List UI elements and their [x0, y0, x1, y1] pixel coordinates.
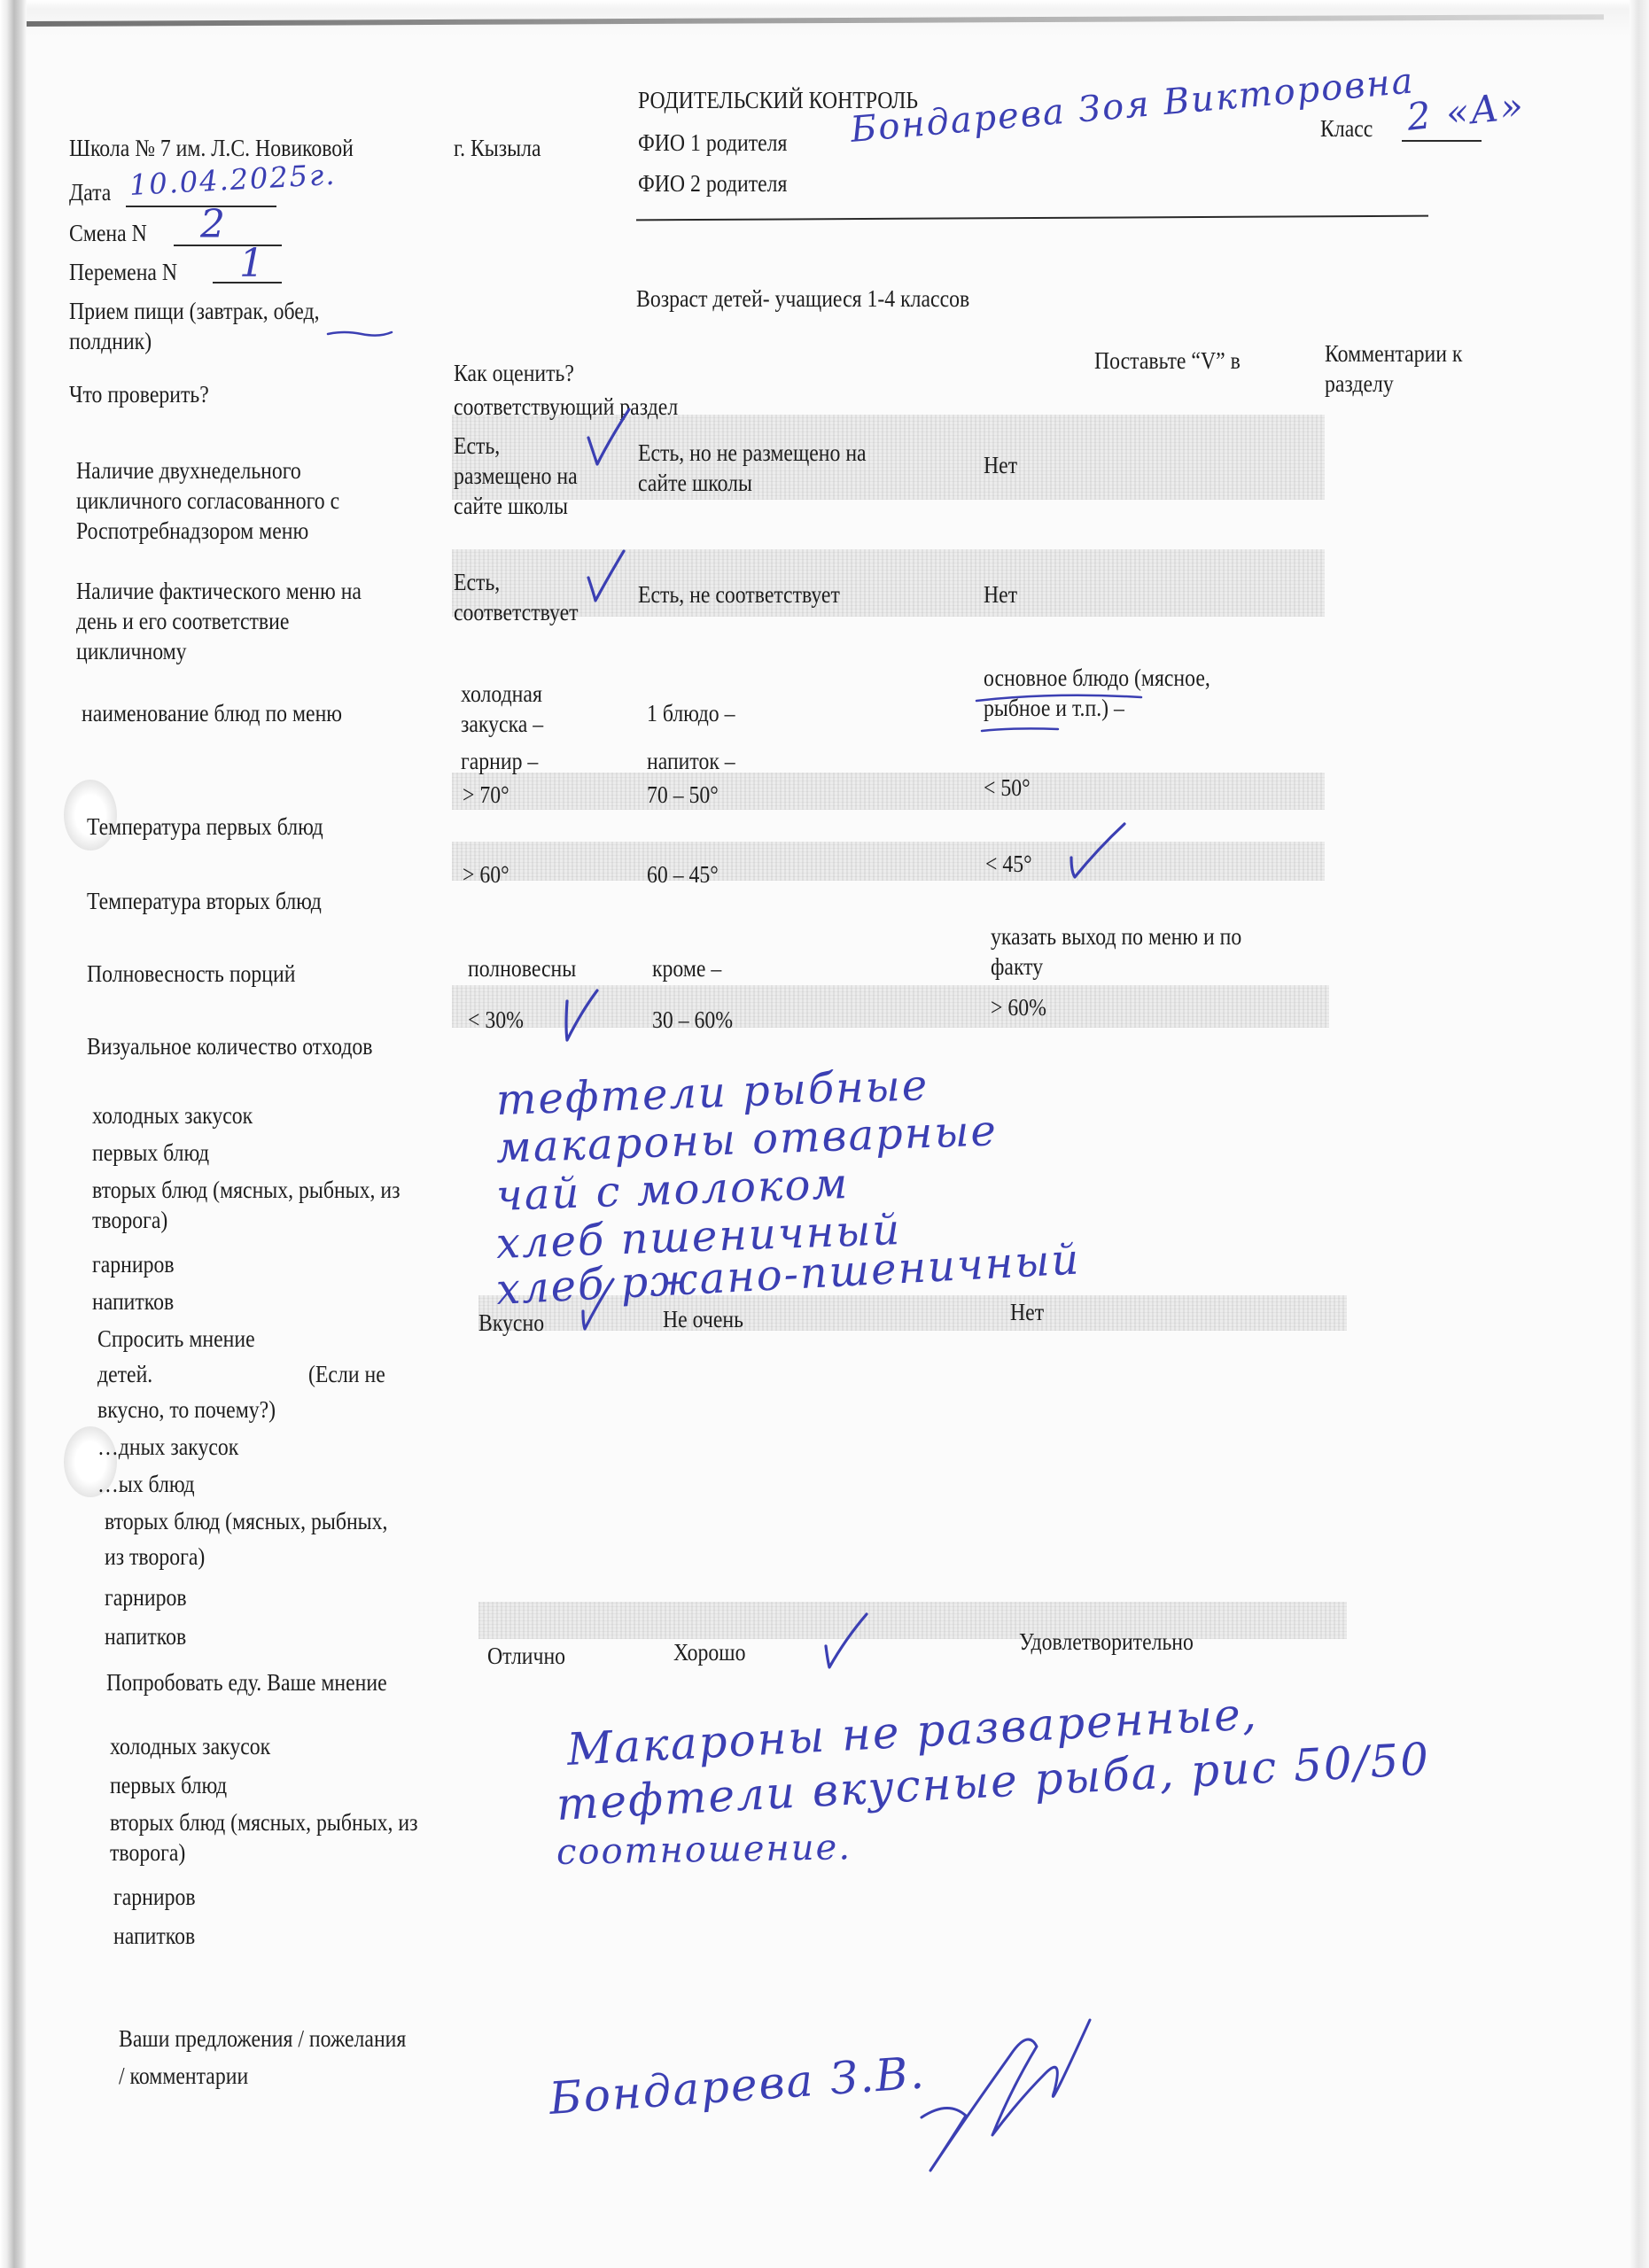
- main-course-underline: [975, 691, 1143, 700]
- class-field[interactable]: 2 «А»: [1404, 83, 1527, 139]
- option-actual-no[interactable]: Нет: [984, 579, 1017, 610]
- option-portion-specify[interactable]: указать выход по меню и по факту: [991, 921, 1287, 982]
- date-label: Дата: [69, 177, 111, 207]
- scan-edge-right: [1630, 0, 1649, 2268]
- shift-field[interactable]: 2: [200, 202, 227, 247]
- checkmark-icon: [1068, 822, 1130, 882]
- tasting-label: Попробовать еду. Ваше мнение: [106, 1667, 387, 1697]
- col-how-to-rate-2: соответствующий раздел: [454, 392, 678, 422]
- parent1-label: ФИО 1 родителя: [638, 128, 787, 158]
- signature-flourish: [913, 2011, 1125, 2179]
- age-label: Возраст детей- учащиеся 1-4 классов: [636, 283, 969, 314]
- col-put-v: Поставьте “V” в: [1094, 346, 1241, 376]
- option-waste-lt30[interactable]: < 30%: [468, 1005, 524, 1035]
- option-temp1-gt70[interactable]: > 70°: [463, 780, 509, 810]
- col-comments: Комментарии к разделу: [1325, 338, 1512, 399]
- tasting-comment-line[interactable]: соотношение.: [556, 1827, 852, 1873]
- col-how-to-rate-1: Как оценить?: [454, 358, 574, 388]
- dish-side: гарнир –: [461, 746, 538, 776]
- children-item: …дных закусок: [97, 1432, 238, 1462]
- shade-band: [452, 842, 1325, 881]
- option-excellent[interactable]: Отлично: [487, 1641, 565, 1671]
- tasting-item: вторых блюд (мясных, рыбных, из творога): [110, 1807, 453, 1868]
- break-field[interactable]: 1: [239, 241, 266, 286]
- waste-item: напитков: [92, 1286, 174, 1317]
- children-item: гарниров: [105, 1582, 187, 1612]
- main-course-underline: [980, 723, 1060, 732]
- suggestions-label: Ваши предложения / пожелания: [119, 2023, 406, 2054]
- dish-drink: напиток –: [647, 746, 735, 776]
- city-name: г. Кызыла: [454, 133, 541, 163]
- checkmark-icon: [562, 990, 606, 1044]
- row-label-temp-first: Температура первых блюд: [87, 812, 323, 842]
- children-opinion-label: Спросить мнение: [97, 1324, 255, 1354]
- class-underline: [1402, 140, 1482, 142]
- scan-edge-left: [0, 0, 27, 2268]
- tasting-item: гарниров: [113, 1882, 196, 1912]
- dish-cold-appetizer: холодная закуска –: [461, 679, 578, 739]
- option-temp1-lt50[interactable]: < 50°: [984, 773, 1031, 803]
- checkmark-icon: [822, 1614, 872, 1671]
- row-label-waste: Визуальное количество отходов: [87, 1031, 373, 1061]
- meal-selected-underline: [326, 326, 393, 335]
- shift-label: Смена N: [69, 218, 147, 248]
- children-item: вторых блюд (мясных, рыбных,: [105, 1506, 387, 1536]
- option-portion-full[interactable]: полновесны: [468, 953, 576, 983]
- option-cyclic-yes-posted[interactable]: Есть, размещено на сайте школы: [454, 431, 602, 521]
- row-label-dishes: наименование блюд по меню: [82, 698, 342, 728]
- row-label-portion: Полновесность порций: [87, 959, 295, 989]
- option-portion-except[interactable]: кроме –: [652, 953, 721, 983]
- option-not-very[interactable]: Не очень: [663, 1304, 743, 1334]
- option-waste-30-60[interactable]: 30 – 60%: [652, 1005, 733, 1035]
- option-waste-gt60[interactable]: > 60%: [991, 992, 1046, 1022]
- children-item: из творога): [105, 1542, 205, 1572]
- option-actual-mismatch[interactable]: Есть, не соответствует: [638, 579, 840, 610]
- class-label: Класс: [1320, 113, 1373, 144]
- waste-item: холодных закусок: [92, 1100, 253, 1130]
- checkmark-icon: [585, 408, 636, 471]
- dish-first-course: 1 блюдо –: [647, 698, 735, 728]
- signature-text: Бондарева З.В.: [548, 2047, 927, 2124]
- shade-band: [452, 773, 1325, 810]
- option-actual-yes[interactable]: Есть, соответствует: [454, 567, 602, 627]
- children-opinion-label: (Если не: [308, 1359, 385, 1389]
- children-item: напитков: [105, 1621, 186, 1651]
- tasting-item: первых блюд: [110, 1770, 227, 1800]
- option-good[interactable]: Хорошо: [673, 1637, 745, 1667]
- shade-band: [478, 1602, 1347, 1639]
- date-field[interactable]: 10.04.2025г.: [128, 158, 337, 202]
- row-label-actual-menu: Наличие фактического меню на день и его …: [76, 576, 404, 666]
- row-label-temp-second: Температура вторых блюд: [87, 886, 322, 916]
- option-temp2-lt45[interactable]: < 45°: [985, 849, 1032, 879]
- break-label: Перемена N: [69, 257, 177, 287]
- tasting-item: холодных закусок: [110, 1731, 270, 1761]
- option-temp1-70-50[interactable]: 70 – 50°: [647, 780, 719, 810]
- parent2-label: ФИО 2 родителя: [638, 168, 787, 198]
- option-cyclic-no[interactable]: Нет: [984, 450, 1017, 480]
- checkmark-icon: [578, 1278, 622, 1332]
- option-temp2-gt60[interactable]: > 60°: [463, 859, 509, 889]
- suggestions-label: / комментарии: [119, 2061, 248, 2091]
- option-no[interactable]: Нет: [1010, 1297, 1044, 1327]
- children-item: …ых блюд: [97, 1469, 195, 1499]
- parent2-underline: [636, 215, 1428, 221]
- option-cyclic-yes-not-posted[interactable]: Есть, но не размещено на сайте школы: [638, 438, 919, 498]
- children-opinion-label: вкусно, то почему?): [97, 1394, 276, 1425]
- option-temp2-60-45[interactable]: 60 – 45°: [647, 859, 719, 889]
- checkmark-icon: [585, 551, 636, 615]
- waste-item: гарниров: [92, 1249, 175, 1279]
- tasting-item: напитков: [113, 1921, 195, 1951]
- option-tasty[interactable]: Вкусно: [478, 1308, 544, 1338]
- children-opinion-label: детей.: [97, 1359, 152, 1389]
- waste-item: первых блюд: [92, 1138, 209, 1168]
- col-what-to-check: Что проверить?: [69, 379, 209, 409]
- option-satisfactory[interactable]: Удовлетворительно: [1019, 1627, 1194, 1657]
- row-label-cyclic-menu: Наличие двухнедельного цикличного соглас…: [76, 455, 404, 546]
- waste-item: вторых блюд (мясных, рыбных, из творога): [92, 1175, 435, 1235]
